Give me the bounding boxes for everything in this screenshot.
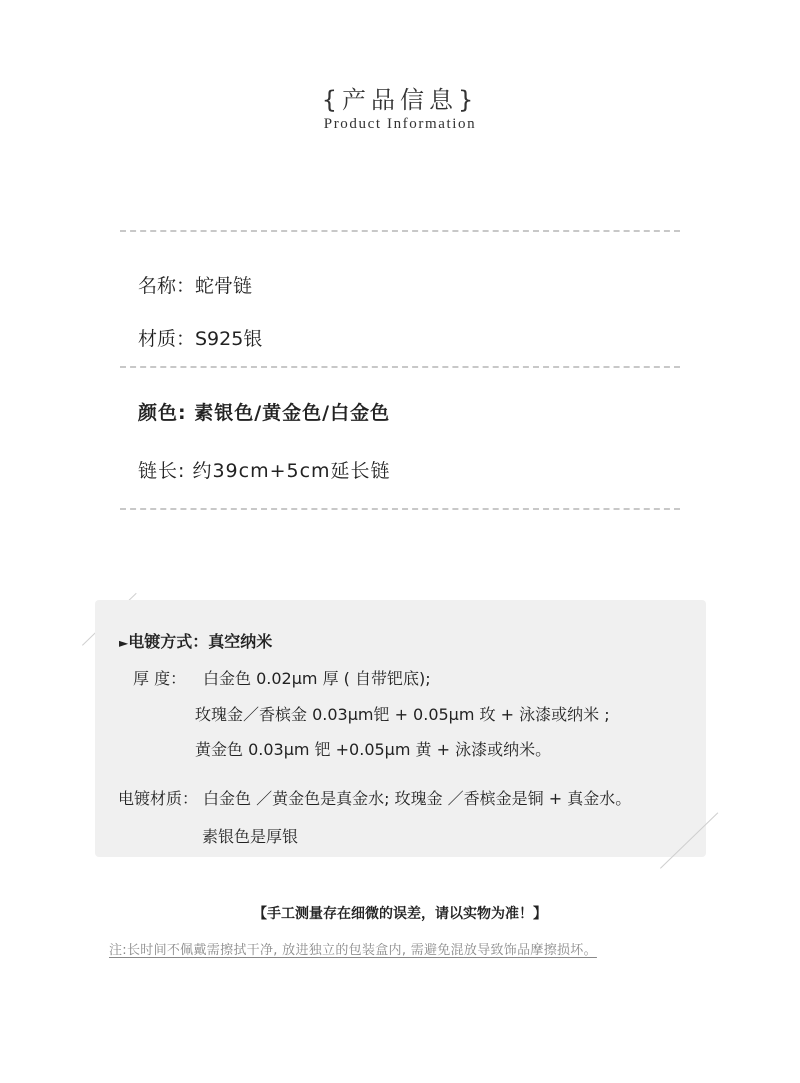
spec-color: 颜色: 素银色/黄金色/白金色 (138, 398, 390, 425)
title-english: Product Information (0, 116, 800, 133)
plating-material-line: 素银色是厚银 (202, 824, 298, 847)
thickness-line: 白金色 0.02μm 厚 ( 自带钯底); (203, 666, 431, 689)
thickness-label: 厚 度： (133, 666, 186, 689)
plating-material-line: 白金色 ／黄金色是真金水; 玫瑰金 ／香槟金是铜 + 真金水。 (203, 786, 631, 809)
divider (120, 366, 680, 368)
divider (120, 230, 680, 232)
plating-method: ►电镀方式：真空纳米 (119, 629, 272, 652)
triangle-marker-icon: ► (119, 636, 128, 650)
plating-material-label: 电镀材质： (118, 786, 198, 809)
thickness-line: 黄金色 0.03μm 钯 +0.05μm 黄 + 泳漆或纳米。 (195, 737, 551, 760)
care-note: 注:长时间不佩戴需擦拭干净, 放进独立的包装盒内, 需避免混放导致饰品摩擦损坏。 (109, 939, 597, 958)
measurement-warning: 【手工测量存在细微的误差，请以实物为准！】 (0, 903, 800, 923)
spec-length: 链长: 约39cm+5cm延长链 (138, 456, 391, 483)
title-chinese: {产品信息} (0, 80, 800, 115)
plating-info-panel: ►电镀方式：真空纳米 厚 度： 白金色 0.02μm 厚 ( 自带钯底); 玫瑰… (95, 600, 706, 857)
thickness-line: 玫瑰金／香槟金 0.03μm钯 + 0.05μm 玫 + 泳漆或纳米 ; (195, 702, 610, 725)
divider (120, 508, 680, 510)
spec-name: 名称：蛇骨链 (138, 271, 252, 298)
spec-material: 材质：S925银 (138, 324, 262, 351)
